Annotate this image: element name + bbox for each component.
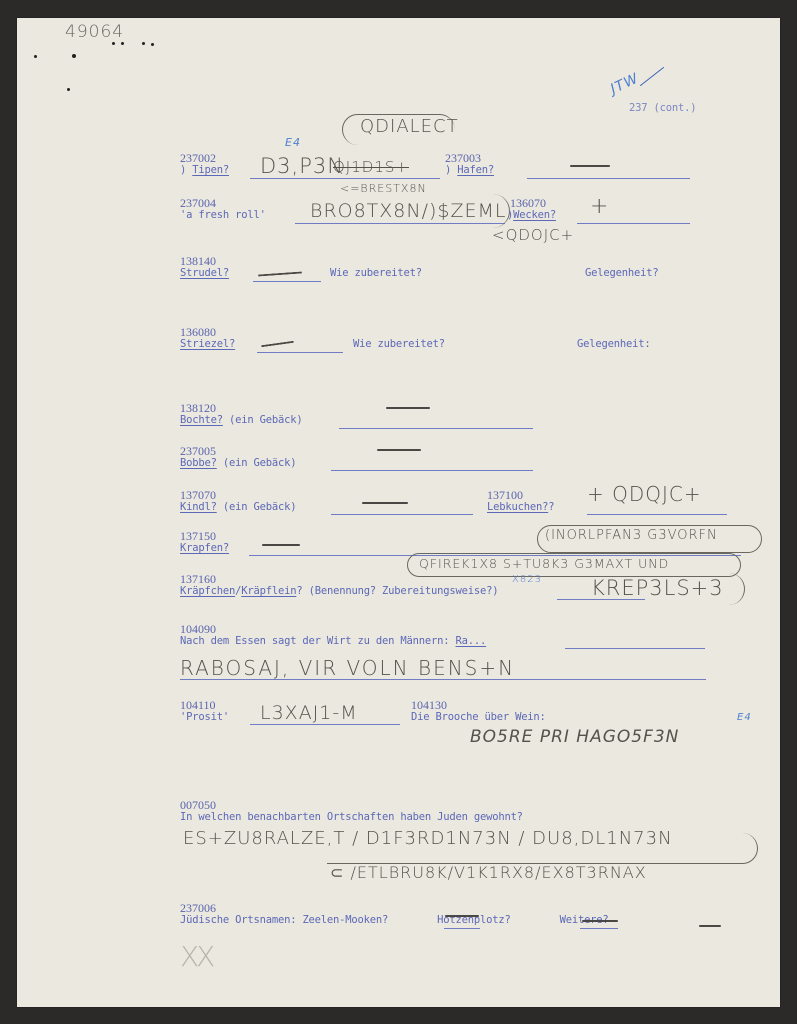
answer-prosit: L3XAJ1-M [260,702,358,724]
answer-dash [445,915,479,917]
answer-dash [258,271,302,276]
question-bobbe: Bobbe? (ein Gebäck) [180,457,296,469]
question-tipen: ) Tipen? [180,164,229,176]
question-ortsnamen: Jüdische Ortsnamen: Zeelen-Mooken? Hotze… [180,914,609,926]
question-kraepfchen: Kräpfchen/Kräpflein? (Benennung? Zuberei… [180,585,498,597]
question-krapfen: Krapfen? [180,542,229,554]
initials: JTW [608,71,642,98]
correction-mark: X823 [512,574,542,585]
question-fresh-roll: 'a fresh roll' [180,209,266,221]
speck [34,55,37,58]
answer-line [527,178,690,179]
answer-line [580,928,618,929]
answer-dash [362,502,408,504]
answer-line [577,223,690,224]
question-zubereitet: Wie zubereitet? [330,267,422,279]
answer-line [339,428,533,429]
question-strudel: Strudel? [180,267,229,279]
answer-line [331,470,533,471]
questionnaire-page: 49064 JTW 237 (cont.) QDIALECT 237002 ) … [17,18,780,1007]
answer-line [565,648,705,649]
question-zubereitet: Wie zubereitet? [353,338,445,350]
speck [121,42,124,45]
annotation-kraepfchen: QFIREK1X8 S+TU8K3 G3MAXT UND [419,556,669,571]
question-lebkuchen: Lebkuchen?? [487,501,554,513]
answer-line [587,514,727,515]
answer-line [250,178,440,179]
annotation-krapfen: (INORLPFAN3 G3VORFN [545,528,718,543]
answer-tipen: D3,P3N [260,154,344,178]
answer-dash [377,449,421,451]
answer-line [331,514,473,515]
answer-line [444,928,480,929]
answer-line [295,223,505,224]
correction-mark: E4 [285,136,301,149]
footer-mark: XX [180,940,212,973]
answer-line [257,352,343,353]
archive-number: 49064 [65,22,124,42]
answer-dash [570,165,610,167]
question-bochte: Bochte? (ein Gebäck) [180,414,302,426]
answer-kraepfchen: KREP3LS+3 [591,576,724,600]
answer-wecken: + [590,194,609,219]
annotation-brestx8n: <=BRESTX8N [340,182,427,195]
speck [112,42,115,45]
speck [142,42,145,45]
answer-dash [699,925,721,927]
answer-dash [261,341,294,348]
initials-stroke [640,67,664,86]
answer-lebkuchen: + QDQJC+ [587,482,702,506]
correction-mark: E4 [737,712,752,723]
answer-tipen-struck: QJ1D1S+ [333,158,409,176]
question-juden-ortschaften: In welchen benachbarten Ortschaften habe… [180,811,523,823]
answer-dash [262,544,300,546]
question-gelegenheit: Gelegenheit: [577,338,650,350]
speck [151,43,154,46]
answer-fresh-roll: BRO8TX8N/)$ZEML [310,200,507,222]
question-striezel: Striezel? [180,338,235,350]
answer-dash [386,407,430,409]
annotation-bracket [722,573,745,605]
answer-line [253,281,321,282]
answer-brooche: BO5RE PRI HAGO5F3N [470,727,679,747]
question-gelegenheit: Gelegenheit? [585,267,658,279]
annotation-bracket [327,833,758,864]
speck [67,88,70,91]
answer-dash [582,920,618,922]
answer-line [180,679,706,680]
question-hafen: ) Hafen? [445,164,494,176]
speck [72,54,76,58]
question-wecken: )Wecken? [507,209,556,221]
question-kindl: Kindl? (ein Gebäck) [180,501,296,513]
question-brooche: Die Brooche über Wein: [411,711,546,723]
answer-line [250,724,400,725]
question-prosit: 'Prosit' [180,711,229,723]
answer-wirt: RABOSAJ, VIR VOLN BENS+N [180,656,515,680]
answer-ortschaften-cont: ⊂ /ETLBRU8K/V1K1RX8/EX8T3RNAX [330,863,647,882]
annotation-qdojc: <QDOJC+ [492,226,574,244]
question-wirt: Nach dem Essen sagt der Wirt zu den Männ… [180,635,486,647]
header-ref: 237 (cont.) [629,102,696,114]
annotation-dialect: QDIALECT [360,116,459,137]
